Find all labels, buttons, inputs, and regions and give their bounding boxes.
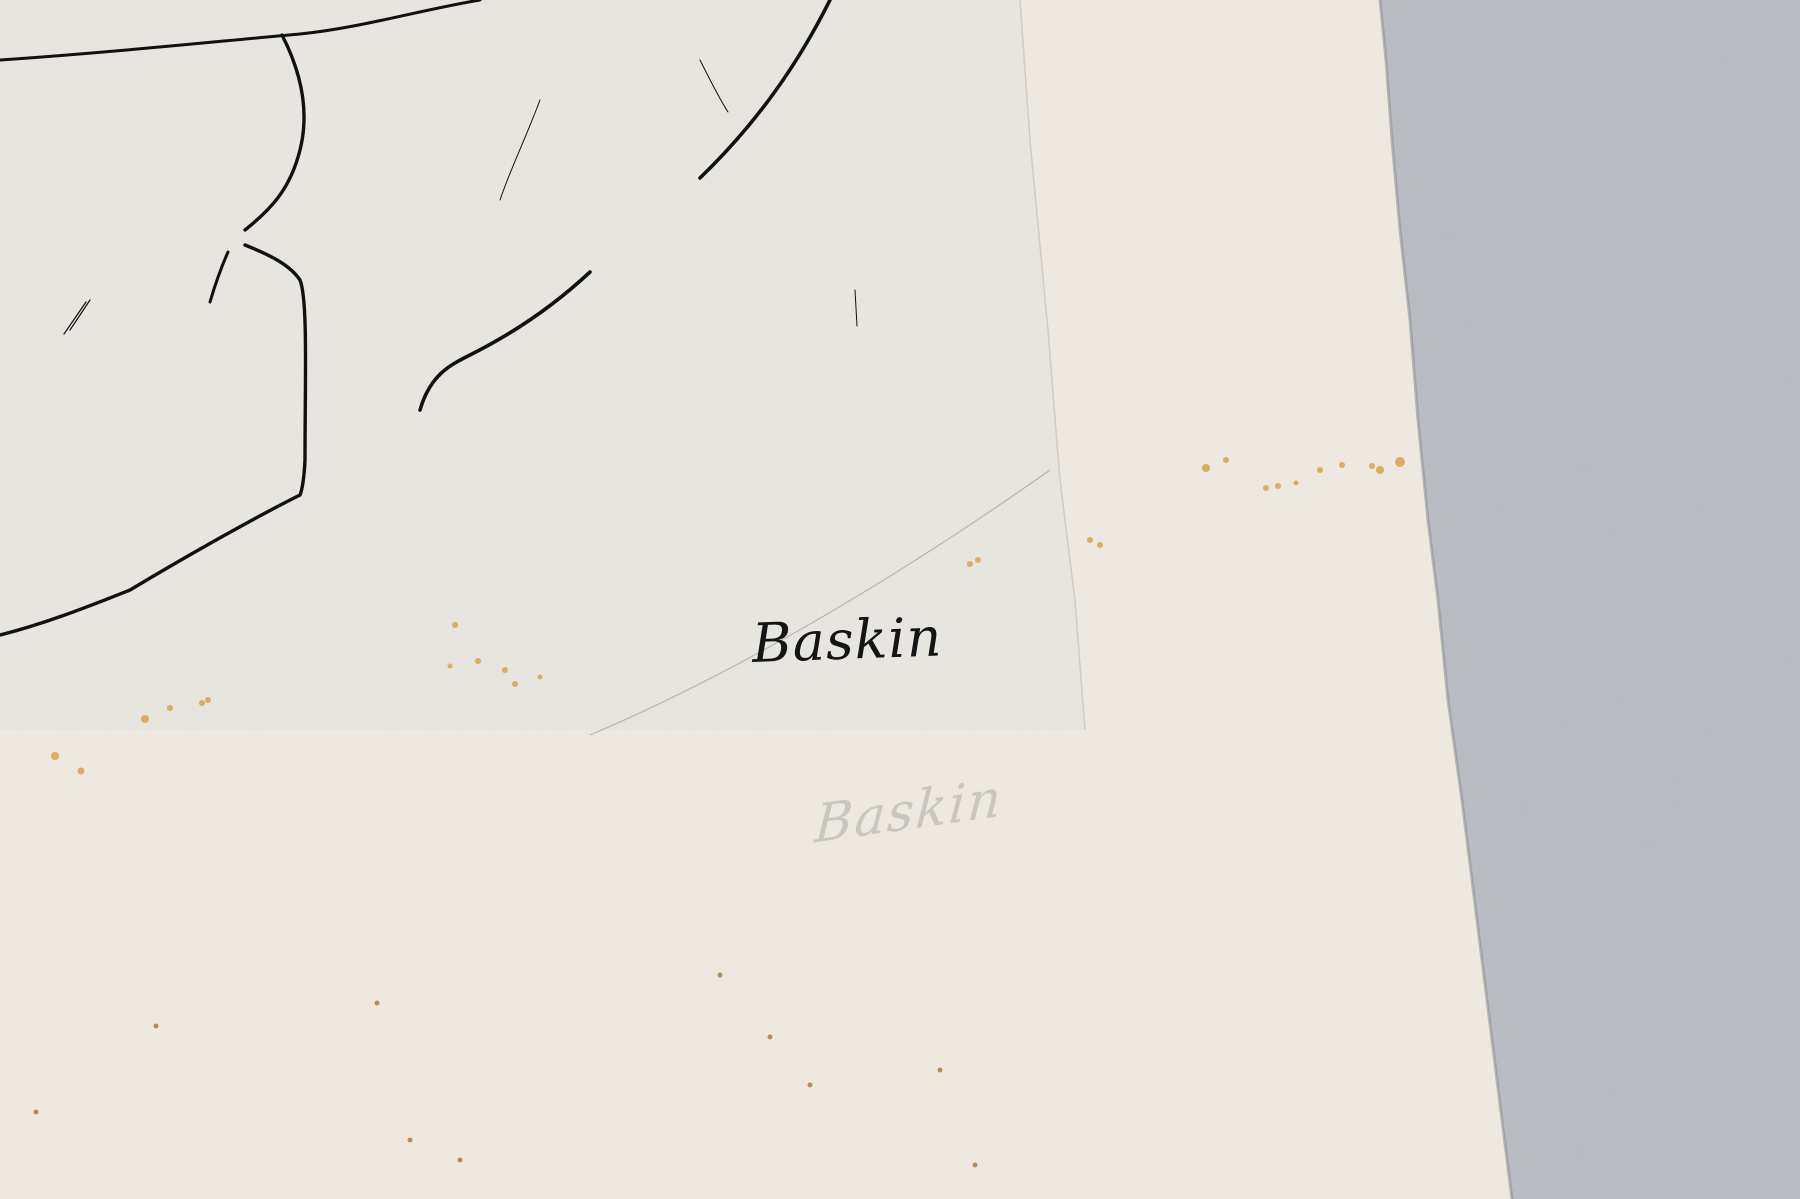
plate-signature: Baskin	[751, 605, 943, 675]
artwork-photo	[0, 0, 1800, 1199]
